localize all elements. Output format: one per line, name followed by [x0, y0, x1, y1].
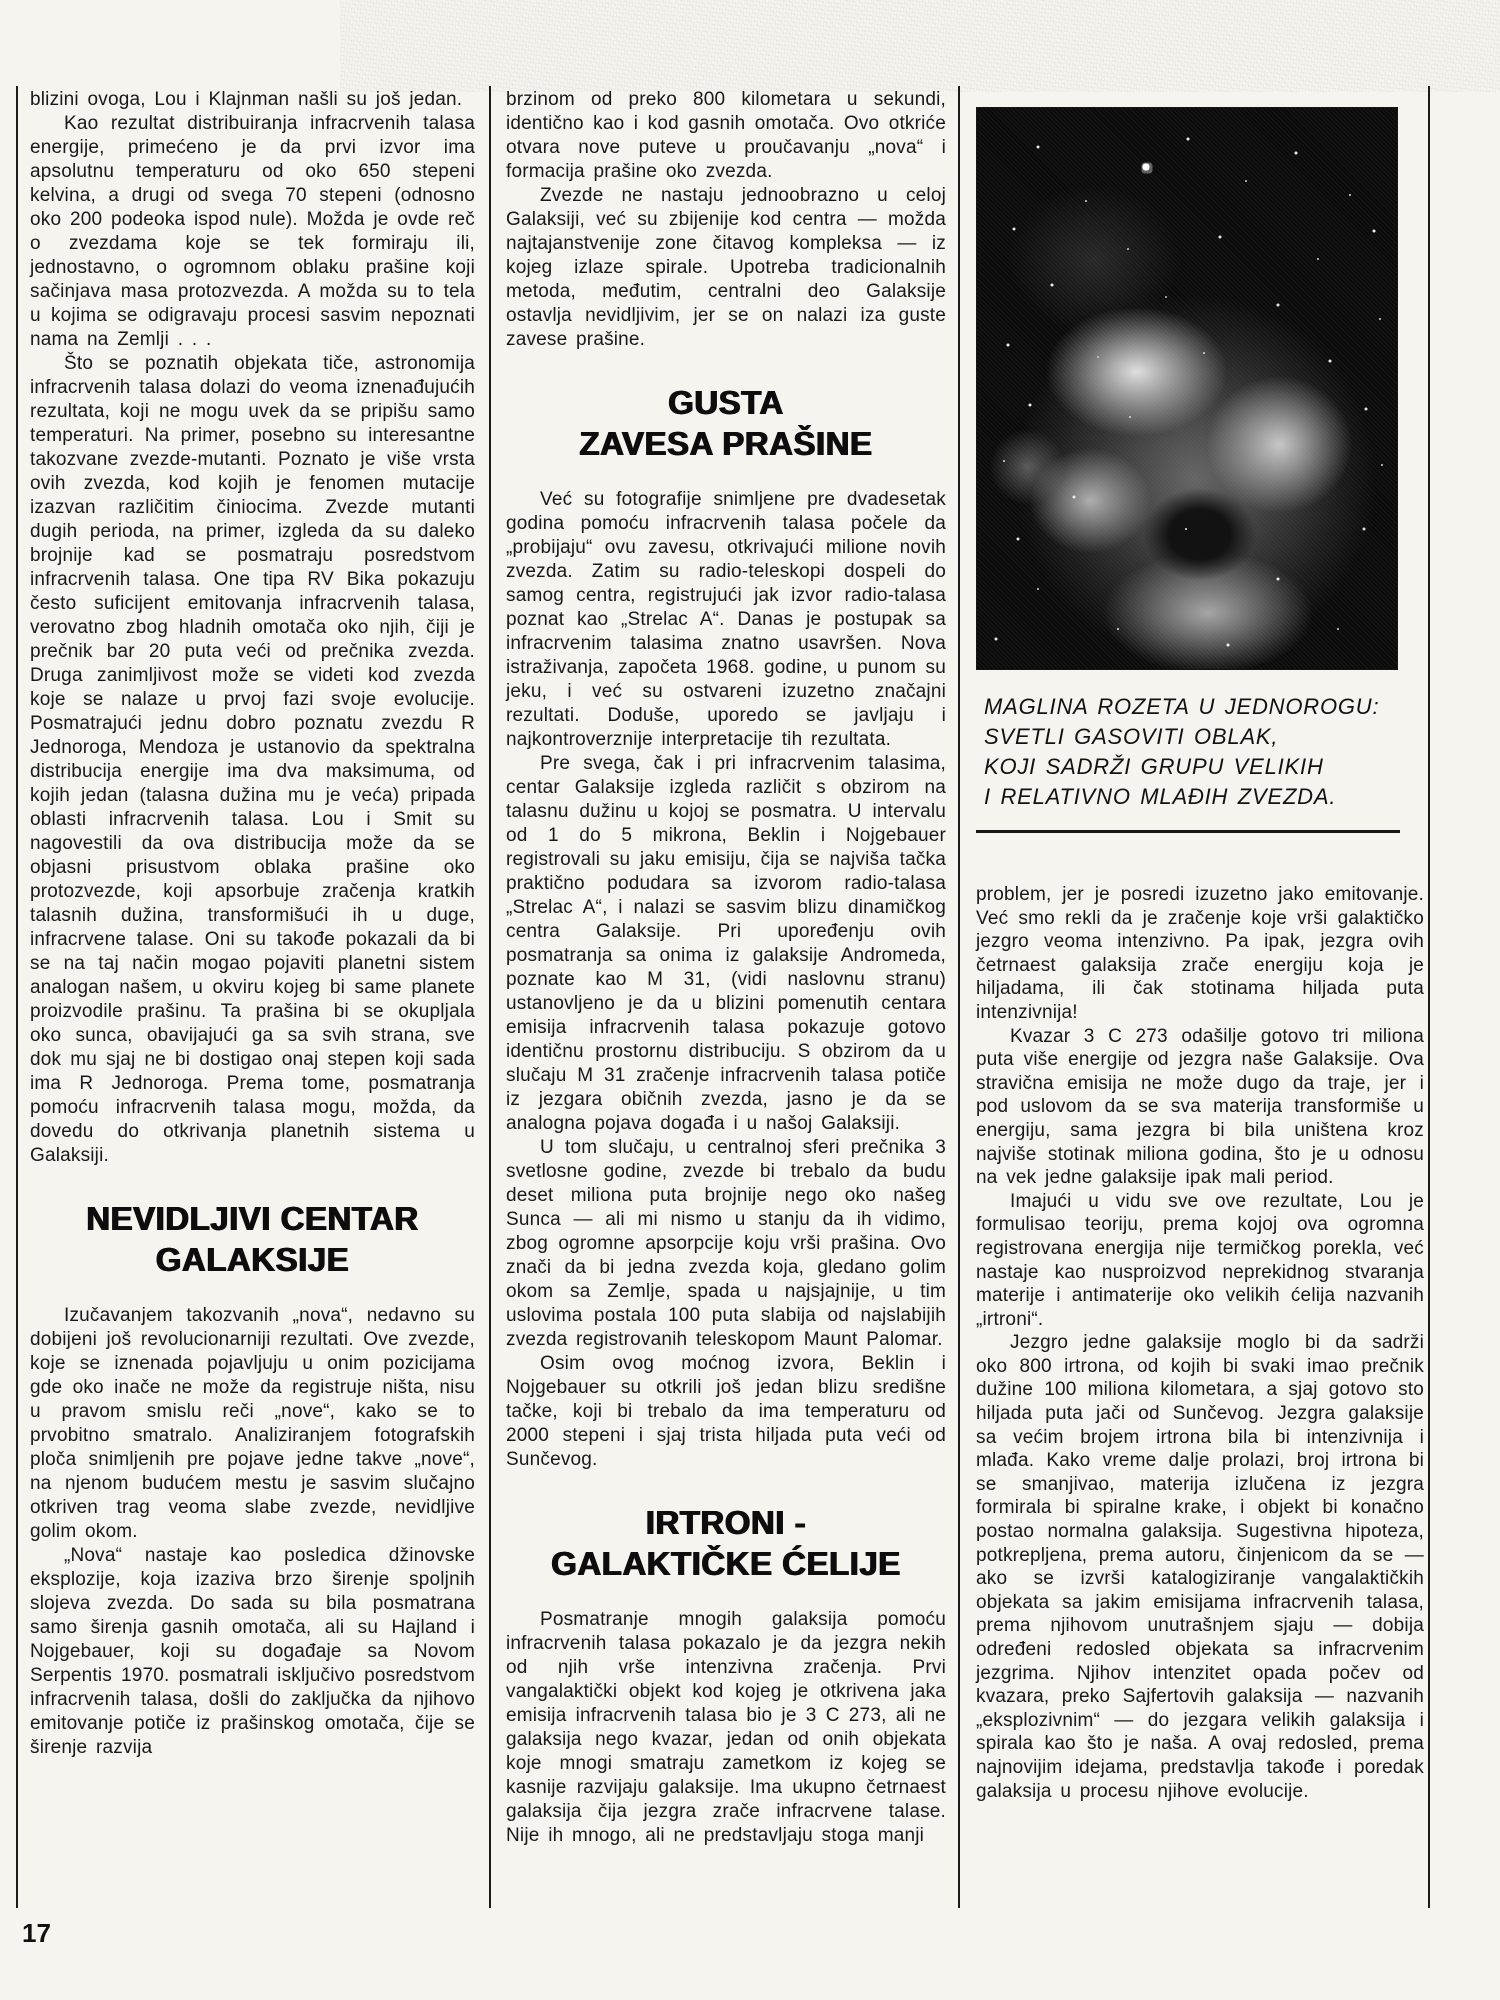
- heading-line: GALAKSIJE: [30, 1239, 475, 1280]
- paragraph: Pre svega, čak i pri infracrvenim talasi…: [506, 752, 946, 1136]
- scan-noise-texture: [340, 0, 1500, 92]
- column-divider: [958, 86, 960, 1908]
- left-column: blizini ovoga, Lou i Klajnman našli su j…: [30, 88, 475, 1760]
- paragraph: U tom slučaju, u centralnoj sferi prečni…: [506, 1136, 946, 1352]
- heading-line: GALAKTIČKE ĆELIJE: [506, 1543, 946, 1584]
- right-column-text: problem, jer je posredi izuzetno jako em…: [976, 883, 1424, 1803]
- photo-caption: MAGLINA ROZETA U JEDNOROGU: SVETLI GASOV…: [984, 692, 1424, 812]
- rosette-nebula-photo: [976, 107, 1398, 670]
- column-divider: [489, 86, 491, 1908]
- page-number: 17: [22, 1918, 51, 1949]
- paragraph: Imajući u vidu sve ove rezultate, Lou je…: [976, 1190, 1424, 1332]
- right-column: MAGLINA ROZETA U JEDNOROGU: SVETLI GASOV…: [976, 88, 1424, 1803]
- caption-line: MAGLINA ROZETA U JEDNOROGU:: [984, 692, 1424, 722]
- paragraph: Što se poznatih objekata tiče, astronomi…: [30, 352, 475, 1168]
- caption-line: KOJI SADRŽI GRUPU VELIKIH: [984, 752, 1424, 782]
- caption-divider-rule: [976, 830, 1400, 833]
- section-heading-gusta-zavesa: GUSTA ZAVESA PRAŠINE: [506, 382, 946, 464]
- paragraph: Zvezde ne nastaju jednoobrazno u celoj G…: [506, 184, 946, 352]
- paragraph: blizini ovoga, Lou i Klajnman našli su j…: [30, 88, 475, 112]
- paragraph: brzinom od preko 800 kilometara u sekund…: [506, 88, 946, 184]
- heading-line: GUSTA: [506, 382, 946, 423]
- paragraph: problem, jer je posredi izuzetno jako em…: [976, 883, 1424, 1025]
- section-heading-irtroni: IRTRONI - GALAKTIČKE ĆELIJE: [506, 1502, 946, 1584]
- caption-line: SVETLI GASOVITI OBLAK,: [984, 722, 1424, 752]
- caption-line: I RELATIVNO MLAĐIH ZVEZDA.: [984, 782, 1424, 812]
- heading-line: ZAVESA PRAŠINE: [506, 423, 946, 464]
- paragraph: Osim ovog moćnog izvora, Beklin i Nojgeb…: [506, 1352, 946, 1472]
- page-border-left: [16, 86, 18, 1908]
- heading-line: NEVIDLJIVI CENTAR: [30, 1198, 475, 1239]
- paragraph: Posmatranje mnogih galaksija pomoću infr…: [506, 1608, 946, 1848]
- section-heading-nevidljivi-centar: NEVIDLJIVI CENTAR GALAKSIJE: [30, 1198, 475, 1280]
- paragraph: Već su fotografije snimljene pre dvadese…: [506, 488, 946, 752]
- paragraph: Kao rezultat distribuiranja infracrvenih…: [30, 112, 475, 352]
- paragraph: Izučavanjem takozvanih „nova“, nedavno s…: [30, 1304, 475, 1544]
- magazine-page: blizini ovoga, Lou i Klajnman našli su j…: [0, 0, 1500, 2000]
- paragraph: Kvazar 3 C 273 odašilje gotovo tri milio…: [976, 1025, 1424, 1190]
- paragraph: „Nova“ nastaje kao posledica džinovske e…: [30, 1544, 475, 1760]
- paragraph: Jezgro jedne galaksije moglo bi da sadrž…: [976, 1331, 1424, 1803]
- heading-line: IRTRONI -: [506, 1502, 946, 1543]
- middle-column: brzinom od preko 800 kilometara u sekund…: [506, 88, 946, 1848]
- starfield-dots: [977, 108, 979, 110]
- page-border-right: [1428, 86, 1430, 1908]
